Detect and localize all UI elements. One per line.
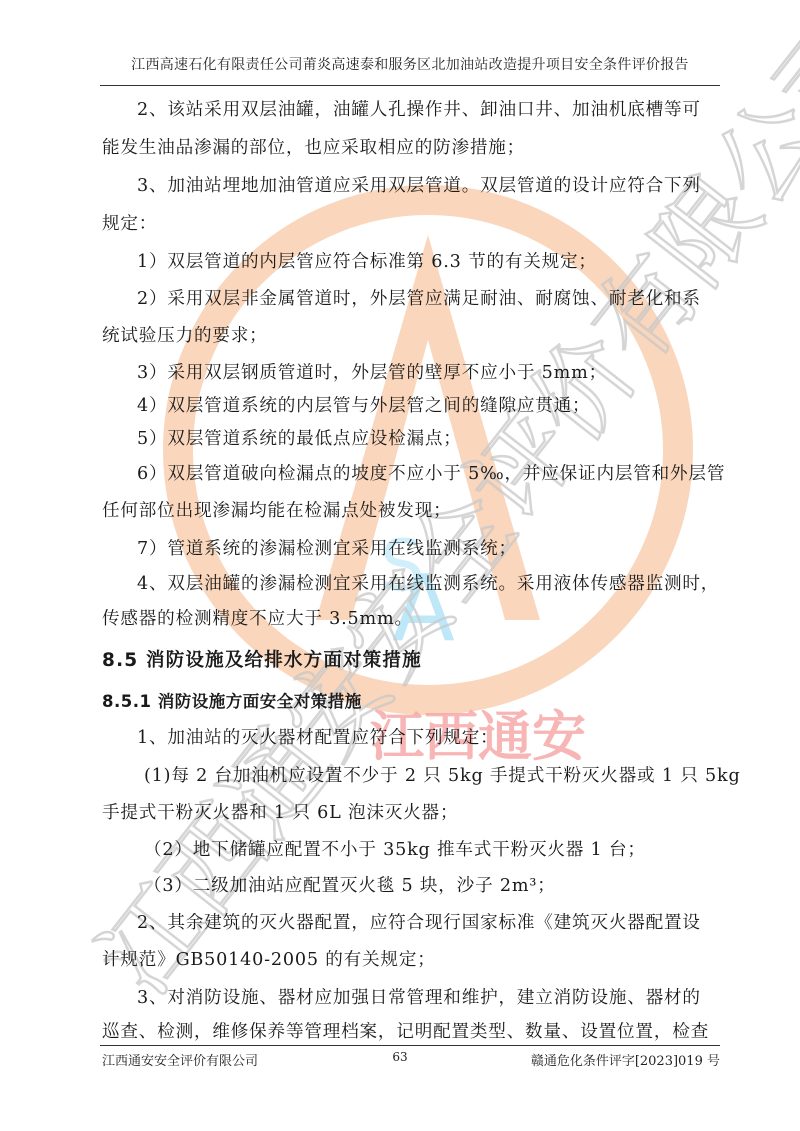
body-line: 计规范》GB50140-2005 的有关规定； [102,946,436,971]
body-line: 传感器的检测精度不应大于 3.5mm。 [102,605,413,630]
footer-doc-number: 赣通危化条件评字[2023]019 号 [531,1050,720,1069]
body-line: 3、加油站埋地加油管道应采用双层管道。双层管道的设计应符合下列 [137,172,701,197]
footer-divider [100,1045,720,1046]
document-page: A S 江西通安安全评价有限公司 江西通安 江西高速石化有限责任公司莆炎高速泰和… [0,0,800,1131]
body-line: 巡查、检测，维修保养等管理档案，记明配置类型、数量、设置位置，检查 [102,1018,709,1043]
body-line: 1）双层管道的内层管应符合标准第 6.3 节的有关规定； [137,248,597,273]
body-line: 1、加油站的灭火器材配置应符合下列规定： [137,724,498,749]
header-divider [100,85,720,86]
body-line: 手提式干粉灭火器和 1 只 6L 泡沫灭火器； [102,799,458,824]
body-line: 任何部位出现渗漏均能在检漏点处被发现； [102,497,451,522]
body-line: 7）管道系统的渗漏检测宜采用在线监测系统； [137,535,517,560]
body-line: 3）采用双层钢质管道时，外层管的壁厚不应小于 5mm； [137,359,607,384]
body-line: 规定： [102,210,157,235]
body-line: (1)每 2 台加油机应设置不少于 2 只 5kg 手提式干粉灭火器或 1 只 … [144,762,741,787]
body-line: 2、该站采用双层油罐，油罐人孔操作井、卸油口井、加油机底槽等可 [137,96,701,121]
footer-company: 江西通安安全评价有限公司 [102,1050,258,1069]
report-header-title: 江西高速石化有限责任公司莆炎高速泰和服务区北加油站改造提升项目安全条件评价报告 [100,54,720,74]
body-line: （2）地下储罐应配置不小于 35kg 推车式干粉灭火器 1 台； [144,836,646,861]
body-line: 统试验压力的要求； [102,322,268,347]
body-line: 5）双层管道系统的最低点应设检漏点； [137,425,462,450]
body-line: 4、双层油罐的渗漏检测宜采用在线监测系统。采用液体传感器监测时， [137,570,719,595]
body-line: （3）二级加油站应配置灭火毯 5 块，沙子 2m³； [144,872,556,897]
body-line: 2、其余建筑的灭火器配置，应符合现行国家标准《建筑灭火器配置设 [137,909,701,934]
section-heading-8-5: 8.5 消防设施及给排水方面对策措施 [102,646,422,672]
body-line: 4）双层管道系统的内层管与外层管之间的缝隙应贯通； [137,392,590,417]
body-line: 6）双层管道破向检漏点的坡度不应小于 5‰，并应保证内层管和外层管 [137,460,725,485]
body-line: 能发生油品渗漏的部位，也应采取相应的防渗措施； [102,134,525,159]
page-number: 63 [340,1050,460,1064]
body-line: 3、对消防设施、器材应加强日常管理和维护，建立消防设施、器材的 [137,984,701,1009]
subsection-heading-8-5-1: 8.5.1 消防设施方面安全对策措施 [102,688,362,712]
body-line: 2）采用双层非金属管道时，外层管应满足耐油、耐腐蚀、耐老化和系 [137,285,701,310]
